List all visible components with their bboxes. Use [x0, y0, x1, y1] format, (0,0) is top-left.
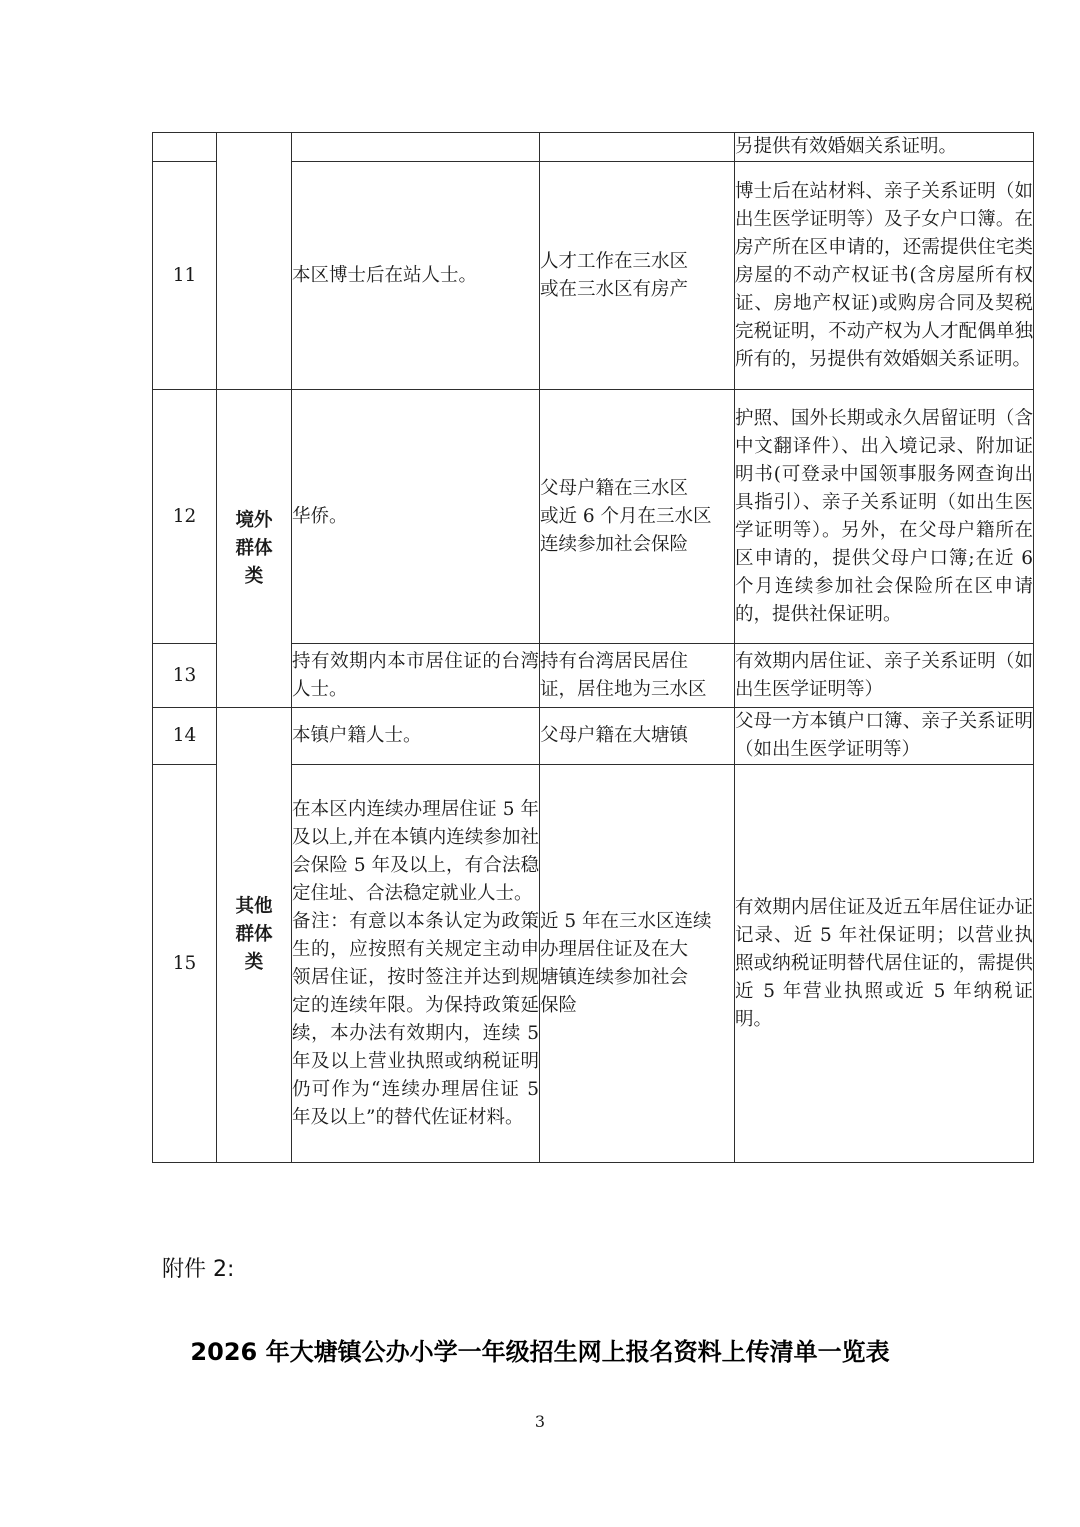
- group-cell: 华侨。: [292, 390, 540, 644]
- row-number-cell: 12: [153, 390, 217, 644]
- row-number-cell: 13: [153, 644, 217, 708]
- category-cell-other: 其他 群体 类: [217, 708, 292, 1163]
- group-note: 备注：有意以本条认定为政策生的，应按照有关规定主动申领居住证，按时签注并达到规定…: [292, 908, 539, 1132]
- group-cell: 本区博士后在站人士。: [292, 162, 540, 390]
- materials-cell: 有效期内居住证、亲子关系证明（如出生医学证明等）: [735, 644, 1034, 708]
- materials-cell: 护照、国外长期或永久居留证明（含中文翻译件）、出入境记录、附加证明书(可登录中国…: [735, 390, 1034, 644]
- materials-cell: 另提供有效婚姻关系证明。: [735, 133, 1034, 162]
- attachment-title: 2026 年大塘镇公办小学一年级招生网上报名资料上传清单一览表: [0, 1334, 1080, 1370]
- group-cell: 本镇户籍人士。: [292, 708, 540, 765]
- row-number-cell: 15: [153, 765, 217, 1163]
- group-description: 在本区内连续办理居住证 5 年及以上,并在本镇内连续参加社会保险 5 年及以上，…: [292, 796, 539, 908]
- group-cell: 在本区内连续办理居住证 5 年及以上,并在本镇内连续参加社会保险 5 年及以上，…: [292, 765, 540, 1163]
- document-page: 另提供有效婚姻关系证明。 11 本区博士后在站人士。 人才工作在三水区 或在三水…: [0, 0, 1080, 1527]
- attachment-label: 附件 2:: [162, 1254, 234, 1286]
- group-cell: 持有效期内本市居住证的台湾人士。: [292, 644, 540, 708]
- group-cell: [292, 133, 540, 162]
- condition-cell: 持有台湾居民居住 证，居住地为三水区: [540, 644, 735, 708]
- category-cell-overseas: 境外 群体 类: [217, 390, 292, 708]
- row-number-cell: 14: [153, 708, 217, 765]
- condition-cell: 人才工作在三水区 或在三水区有房产: [540, 162, 735, 390]
- page-number: 3: [0, 1410, 1080, 1434]
- materials-cell: 有效期内居住证及近五年居住证办证记录、近 5 年社保证明；以营业执照或纳税证明替…: [735, 765, 1034, 1163]
- condition-cell: 近 5 年在三水区连续 办理居住证及在大 塘镇连续参加社会 保险: [540, 765, 735, 1163]
- row-number-cell: 11: [153, 162, 217, 390]
- materials-cell: 博士后在站材料、亲子关系证明（如出生医学证明等）及子女户口簿。在房产所在区申请的…: [735, 162, 1034, 390]
- row-number-cell: [153, 133, 217, 162]
- materials-cell: 父母一方本镇户口簿、亲子关系证明（如出生医学证明等）: [735, 708, 1034, 765]
- table-row-14: 14 其他 群体 类 本镇户籍人士。 父母户籍在大塘镇 父母一方本镇户口簿、亲子…: [153, 708, 1034, 765]
- condition-cell: 父母户籍在三水区 或近 6 个月在三水区 连续参加社会保险: [540, 390, 735, 644]
- table-row-12: 12 境外 群体 类 华侨。 父母户籍在三水区 或近 6 个月在三水区 连续参加…: [153, 390, 1034, 644]
- table-row-continued: 另提供有效婚姻关系证明。: [153, 133, 1034, 162]
- condition-cell: 父母户籍在大塘镇: [540, 708, 735, 765]
- condition-cell: [540, 133, 735, 162]
- enrollment-eligibility-table: 另提供有效婚姻关系证明。 11 本区博士后在站人士。 人才工作在三水区 或在三水…: [152, 132, 1034, 1163]
- category-cell-empty: [217, 133, 292, 390]
